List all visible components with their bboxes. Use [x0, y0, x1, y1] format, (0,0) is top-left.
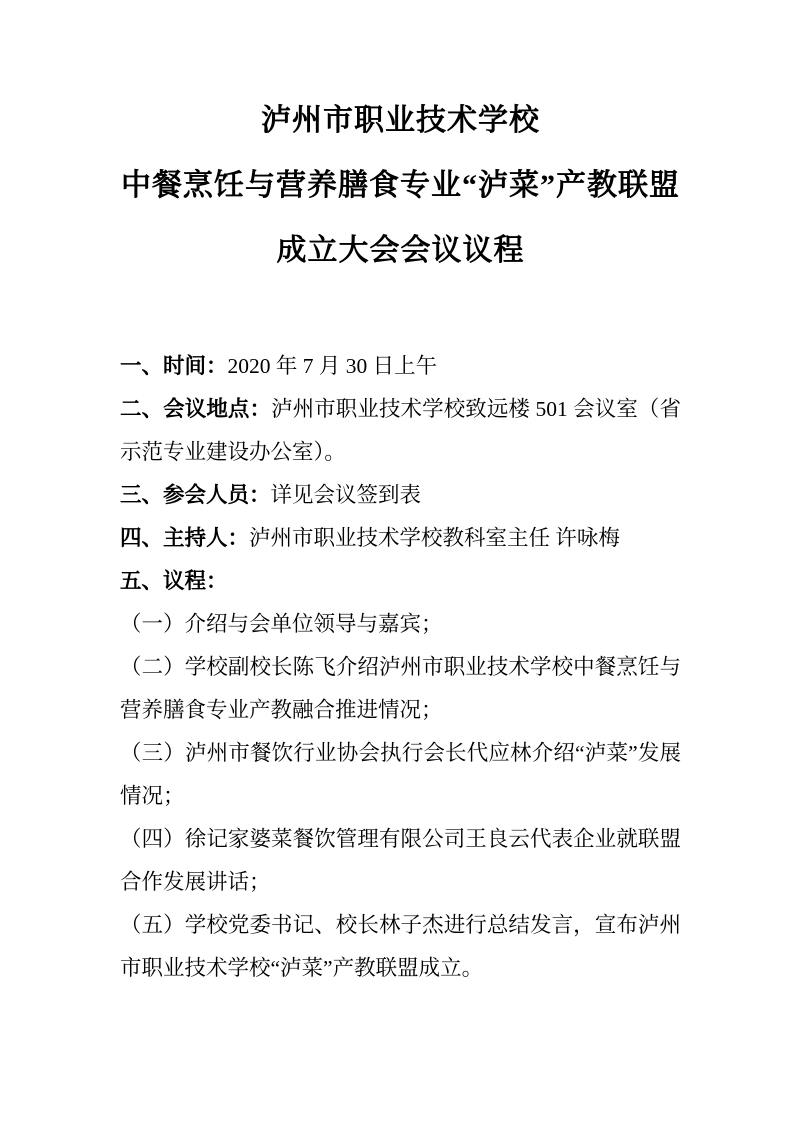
meeting-time-label: 一、时间：: [120, 354, 228, 378]
meeting-attendees-row: 三、参会人员：详见会议签到表: [120, 474, 681, 517]
title-line-1: 泸州市职业技术学校: [120, 88, 681, 153]
agenda-item-1: （一）介绍与会单位领导与嘉宾；: [120, 603, 681, 646]
agenda-item-4: （四）徐记家婆菜餐饮管理有限公司王良云代表企业就联盟合作发展讲话；: [120, 818, 681, 904]
meeting-host-row: 四、主持人：泸州市职业技术学校教科室主任 许咏梅: [120, 517, 681, 560]
agenda-item-3: （三）泸州市餐饮行业协会执行会长代应林介绍“泸菜”发展情况；: [120, 732, 681, 818]
meeting-agenda-row: 五、议程：: [120, 560, 681, 603]
document-page: 泸州市职业技术学校 中餐烹饪与营养膳食专业“泸菜”产教联盟 成立大会会议议程 一…: [0, 0, 793, 1122]
document-body: 一、时间：2020 年 7 月 30 日上午 二、会议地点：泸州市职业技术学校致…: [120, 345, 681, 990]
meeting-time-row: 一、时间：2020 年 7 月 30 日上午: [120, 345, 681, 388]
meeting-agenda-label: 五、议程：: [120, 569, 228, 593]
meeting-location-row: 二、会议地点：泸州市职业技术学校致远楼 501 会议室（省示范专业建设办公室）。: [120, 388, 681, 474]
agenda-item-5: （五）学校党委书记、校长林子杰进行总结发言，宣布泸州市职业技术学校“泸菜”产教联…: [120, 904, 681, 990]
meeting-attendees-value: 详见会议签到表: [271, 483, 422, 507]
agenda-item-2: （二）学校副校长陈飞介绍泸州市职业技术学校中餐烹饪与营养膳食专业产教融合推进情况…: [120, 646, 681, 732]
title-line-2: 中餐烹饪与营养膳食专业“泸菜”产教联盟: [120, 153, 681, 218]
title-line-3: 成立大会会议议程: [120, 218, 681, 283]
document-title: 泸州市职业技术学校 中餐烹饪与营养膳食专业“泸菜”产教联盟 成立大会会议议程: [120, 88, 681, 283]
meeting-attendees-label: 三、参会人员：: [120, 483, 271, 507]
meeting-location-label: 二、会议地点：: [120, 397, 271, 421]
meeting-host-label: 四、主持人：: [120, 526, 249, 550]
meeting-time-value: 2020 年 7 月 30 日上午: [228, 354, 438, 378]
meeting-host-value: 泸州市职业技术学校教科室主任 许咏梅: [249, 526, 620, 550]
